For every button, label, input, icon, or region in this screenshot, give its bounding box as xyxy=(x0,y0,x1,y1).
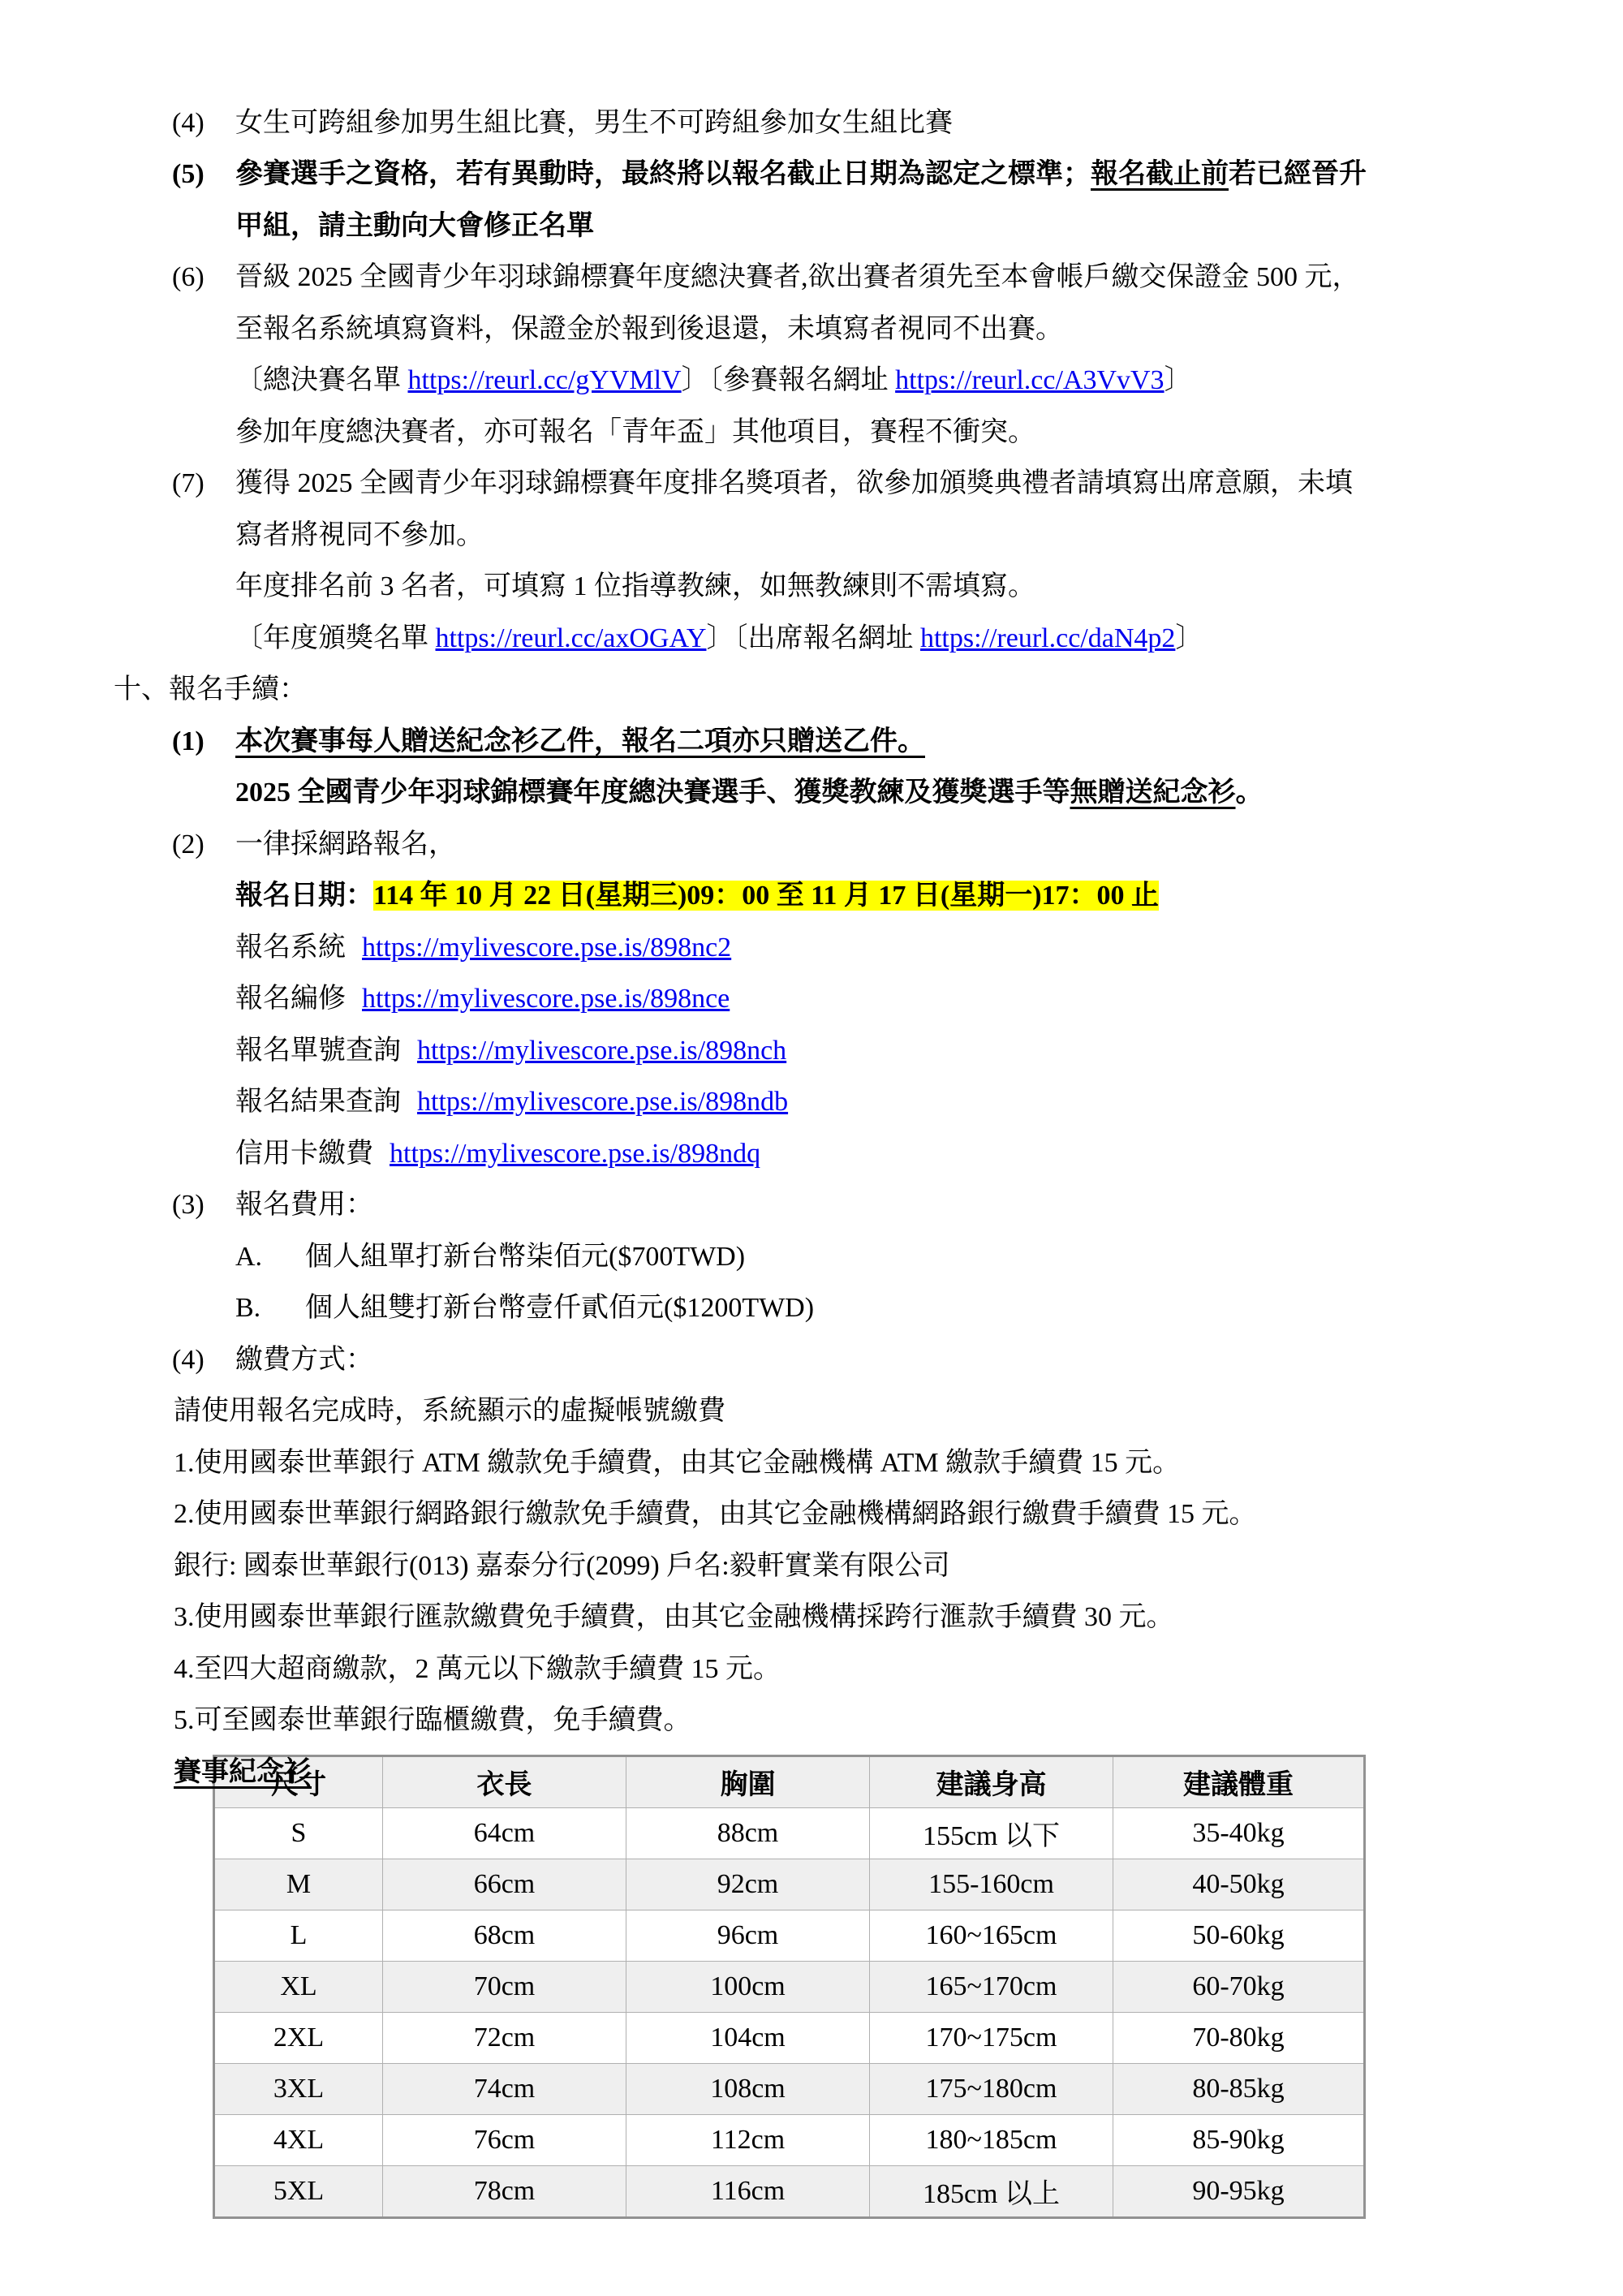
payment-method-3-text: 3.使用國泰世華銀行匯款繳費免手續費，由其它金融機構採跨行滙款手續費 30 元。 xyxy=(174,1602,1174,1632)
cell-weight: 50-60kg xyxy=(1113,1910,1365,1961)
shirt-size-table: 尺寸 衣長 胸圍 建議身高 建議體重 S 64cm 88cm 155cm 以下 … xyxy=(213,1755,1366,2219)
table-row-5xl: 5XL 78cm 116cm 185cm 以上 90-95kg xyxy=(214,2165,1365,2217)
award-roster-label: 年度頒獎名單 xyxy=(263,623,436,653)
cell-height: 155cm 以下 xyxy=(870,1807,1113,1859)
document-page: (4)女生可跨組參加男生組比賽，男生不可跨組參加女生組比賽 (5)參賽選手之資格… xyxy=(0,0,1623,2296)
bracket-open: 〔 xyxy=(235,623,263,653)
item-5-text-b: 若已經晉升 xyxy=(1229,159,1367,189)
col-header-chest: 胸圍 xyxy=(626,1755,870,1807)
col-header-length: 衣長 xyxy=(383,1755,626,1807)
item-5-text-c: 甲組，請主動向大會修正名單 xyxy=(235,211,594,241)
cell-chest: 108cm xyxy=(626,2063,870,2114)
payment-method-2-text: 2.使用國泰世華銀行網路銀行繳款免手續費，由其它金融機構網路銀行繳費手續費 15… xyxy=(174,1499,1257,1529)
award-roster-link[interactable]: https://reurl.cc/axOGAY xyxy=(436,623,707,653)
table-row-2xl: 2XL 72cm 104cm 170~175cm 70-80kg xyxy=(214,2012,1365,2063)
entry-registration-label: 參賽報名網址 xyxy=(723,365,896,395)
registration-edit-link[interactable]: https://mylivescore.pse.is/898nce xyxy=(362,984,730,1014)
table-row-s: S 64cm 88cm 155cm 以下 35-40kg xyxy=(214,1807,1365,1859)
registration-number-query-label: 報名單號查詢 xyxy=(235,1036,401,1066)
s10-item-4-text: 繳費方式： xyxy=(235,1345,373,1375)
bracket-close: 〕 xyxy=(1175,623,1203,653)
s10-item-1-text-a: 2025 全國青少年羽球錦標賽年度總決賽選手、獲獎教練及獲獎選手等 xyxy=(235,778,1070,808)
cell-size: M xyxy=(214,1859,383,1910)
s10-item-3-text: 報名費用： xyxy=(235,1190,373,1220)
item-7-text-2: 寫者將視同不參加。 xyxy=(235,520,484,550)
cell-size: L xyxy=(214,1910,383,1961)
item-5-text-a: 參賽選手之資格，若有異動時，最終將以報名截止日期為認定之標準； xyxy=(235,159,1091,189)
s10-item-3-number: (3) xyxy=(172,1179,235,1231)
s10-item-1-text-underlined: 本次賽事每人贈送紀念衫乙件，報名二項亦只贈送乙件。 xyxy=(235,726,925,756)
item-6-text-2: 至報名系統填寫資料，保證金於報到後退還，未填寫者視同不出賽。 xyxy=(235,314,1063,344)
fee-b-text: 個人組雙打新台幣壹仟貳佰元($1200TWD) xyxy=(305,1293,814,1323)
cell-height: 160~165cm xyxy=(870,1910,1113,1961)
cell-chest: 96cm xyxy=(626,1910,870,1961)
item-5-number: (5) xyxy=(172,149,235,200)
cell-size: XL xyxy=(214,1961,383,2012)
cell-height: 165~170cm xyxy=(870,1961,1113,2012)
cell-size: 2XL xyxy=(214,2012,383,2063)
s10-item-4-number: (4) xyxy=(172,1334,235,1386)
item-7-text-3: 年度排名前 3 名者，可填寫 1 位指導教練，如無教練則不需填寫。 xyxy=(235,571,1035,601)
cell-length: 74cm xyxy=(383,2063,626,2114)
item-4-text: 女生可跨組參加男生組比賽，男生不可跨組參加女生組比賽 xyxy=(235,108,953,138)
table-row-4xl: 4XL 76cm 112cm 180~185cm 85-90kg xyxy=(214,2114,1365,2165)
cell-length: 72cm xyxy=(383,2012,626,2063)
cell-length: 76cm xyxy=(383,2114,626,2165)
cell-chest: 100cm xyxy=(626,1961,870,2012)
cell-weight: 80-85kg xyxy=(1113,2063,1365,2114)
s10-item-2-number: (2) xyxy=(172,819,235,871)
registration-edit-label: 報名編修 xyxy=(235,984,346,1014)
cell-height: 185cm 以上 xyxy=(870,2165,1113,2217)
shirt-table-header-row: 尺寸 衣長 胸圍 建議身高 建議體重 xyxy=(214,1755,1365,1807)
cell-chest: 88cm xyxy=(626,1807,870,1859)
finals-roster-link[interactable]: https://reurl.cc/gYVMlV xyxy=(408,365,682,395)
registration-result-query-label: 報名結果查詢 xyxy=(235,1087,401,1117)
s10-item-2-text: 一律採網路報名， xyxy=(235,829,456,859)
cell-height: 180~185cm xyxy=(870,2114,1113,2165)
registration-date-label: 報名日期： xyxy=(235,881,373,911)
fee-a-text: 個人組單打新台幣柒佰元($700TWD) xyxy=(305,1242,745,1272)
cell-weight: 60-70kg xyxy=(1113,1961,1365,2012)
list-item-4: (4)女生可跨組參加男生組比賽，男生不可跨組參加女生組比賽 xyxy=(0,45,1623,97)
cell-chest: 92cm xyxy=(626,1859,870,1910)
registration-number-query-link[interactable]: https://mylivescore.pse.is/898nch xyxy=(417,1036,786,1066)
fee-b-number: B. xyxy=(235,1282,305,1334)
cell-size: S xyxy=(214,1807,383,1859)
table-row-l: L 68cm 96cm 160~165cm 50-60kg xyxy=(214,1910,1365,1961)
cell-weight: 35-40kg xyxy=(1113,1807,1365,1859)
table-row-3xl: 3XL 74cm 108cm 175~180cm 80-85kg xyxy=(214,2063,1365,2114)
registration-system-label: 報名系統 xyxy=(235,933,346,963)
credit-card-payment-link[interactable]: https://mylivescore.pse.is/898ndq xyxy=(390,1139,760,1169)
section-10-title: 十、報名手續： xyxy=(114,674,307,704)
item-6-text-4: 參加年度總決賽者，亦可報名「青年盃」其他項目，賽程不衝突。 xyxy=(235,417,1035,447)
table-row-xl: XL 70cm 100cm 165~170cm 60-70kg xyxy=(214,1961,1365,2012)
table-row-m: M 66cm 92cm 155-160cm 40-50kg xyxy=(214,1859,1365,1910)
cell-size: 4XL xyxy=(214,2114,383,2165)
cell-length: 68cm xyxy=(383,1910,626,1961)
cell-weight: 40-50kg xyxy=(1113,1859,1365,1910)
bracket-open: 〔 xyxy=(235,365,263,395)
item-7-text-1: 獲得 2025 全國青少年羽球錦標賽年度排名獎項者，欲參加頒獎典禮者請填寫出席意… xyxy=(235,468,1353,498)
cell-length: 78cm xyxy=(383,2165,626,2217)
cell-chest: 116cm xyxy=(626,2165,870,2217)
s10-item-1-text-b-underlined: 無贈送紀念衫 xyxy=(1070,778,1236,808)
cell-length: 64cm xyxy=(383,1807,626,1859)
finals-roster-label: 總決賽名單 xyxy=(263,365,408,395)
cell-size: 5XL xyxy=(214,2165,383,2217)
item-4-number: (4) xyxy=(172,97,235,149)
entry-registration-link[interactable]: https://reurl.cc/A3VvV3 xyxy=(895,365,1164,395)
payment-method-1-text: 1.使用國泰世華銀行 ATM 繳款免手續費，由其它金融機構 ATM 繳款手續費 … xyxy=(174,1448,1180,1478)
item-6-number: (6) xyxy=(172,252,235,304)
item-7-number: (7) xyxy=(172,458,235,510)
payment-intro-text: 請使用報名完成時，系統顯示的虛擬帳號繳費 xyxy=(174,1396,725,1426)
cell-weight: 90-95kg xyxy=(1113,2165,1365,2217)
item-6-text-1: 晉級 2025 全國青少年羽球錦標賽年度總決賽者,欲出賽者須先至本會帳戶繳交保證… xyxy=(235,262,1360,292)
cell-height: 155-160cm xyxy=(870,1859,1113,1910)
cell-height: 170~175cm xyxy=(870,2012,1113,2063)
cell-height: 175~180cm xyxy=(870,2063,1113,2114)
s10-item-1-number: (1) xyxy=(172,716,235,768)
cell-chest: 104cm xyxy=(626,2012,870,2063)
credit-card-payment-label: 信用卡繳費 xyxy=(235,1139,373,1169)
cell-chest: 112cm xyxy=(626,2114,870,2165)
cell-weight: 70-80kg xyxy=(1113,2012,1365,2063)
attendance-registration-label: 出席報名網址 xyxy=(747,623,920,653)
payment-method-5-text: 5.可至國泰世華銀行臨櫃繳費，免手續費。 xyxy=(174,1705,691,1735)
fee-a-number: A. xyxy=(235,1231,305,1283)
registration-system-link[interactable]: https://mylivescore.pse.is/898nc2 xyxy=(362,933,731,963)
s10-item-1-text-c: 。 xyxy=(1236,778,1264,808)
cell-weight: 85-90kg xyxy=(1113,2114,1365,2165)
col-header-height: 建議身高 xyxy=(870,1755,1113,1807)
registration-result-query-link[interactable]: https://mylivescore.pse.is/898ndb xyxy=(417,1087,788,1117)
col-header-weight: 建議體重 xyxy=(1113,1755,1365,1807)
cell-size: 3XL xyxy=(214,2063,383,2114)
bracket-mid: 〕〔 xyxy=(706,623,747,653)
bracket-close: 〕 xyxy=(1165,365,1192,395)
registration-date-highlighted: 114 年 10 月 22 日(星期三)09：00 至 11 月 17 日(星期… xyxy=(373,881,1159,911)
bracket-mid: 〕〔 xyxy=(682,365,723,395)
item-5-text-underlined: 報名截止前 xyxy=(1091,159,1229,189)
payment-method-4-text: 4.至四大超商繳款，2 萬元以下繳款手續費 15 元。 xyxy=(174,1654,781,1684)
bank-account-text: 銀行: 國泰世華銀行(013) 嘉泰分行(2099) 戶名:毅軒實業有限公司 xyxy=(174,1551,950,1581)
cell-length: 66cm xyxy=(383,1859,626,1910)
attendance-registration-link[interactable]: https://reurl.cc/daN4p2 xyxy=(920,623,1175,653)
cell-length: 70cm xyxy=(383,1961,626,2012)
